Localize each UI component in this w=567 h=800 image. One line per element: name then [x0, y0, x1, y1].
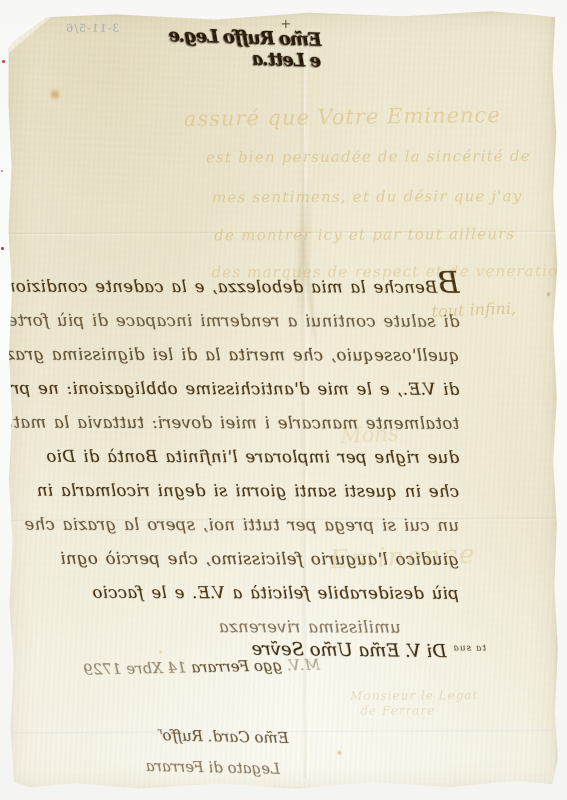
letter-line: giudico l'augurio felicissimo, che perci…	[33, 542, 459, 577]
background-red-speck	[1, 247, 4, 250]
dateline-place: ggo Ferrara	[191, 656, 282, 676]
bleedthrough-faint-line: Monsieur le Legat	[350, 688, 478, 703]
closing-line: umilissima riverenza	[33, 610, 401, 645]
letter-line: BBenche la mia debolezza, e la cadente c…	[34, 270, 460, 305]
bleedthrough-faint-line: de Ferrare	[360, 703, 435, 717]
flourished-initial: B	[437, 266, 459, 301]
letter-line: totalmente mancarle i miei doveri: tutta…	[33, 406, 459, 441]
addressee-line: Legato di Ferrara	[62, 749, 281, 785]
archival-pencil-mark: 3-11-5/6	[45, 22, 119, 35]
letter-body-mirrored: BBenche la mia debolezza, e la cadente c…	[33, 270, 460, 645]
bleedthrough-large-script: Eminence	[329, 540, 477, 576]
letter-line: di V.E., e le mie d'antichissime obbliga…	[33, 372, 459, 407]
ink-stain	[50, 87, 61, 102]
addressee-text: Em̃o Card. Ruffo	[162, 726, 289, 747]
ink-stain	[509, 6, 515, 12]
bleedthrough-flourish: Mons	[340, 421, 400, 448]
dateline-date: 14 Xbre 1729	[83, 658, 186, 678]
horizontal-fold-crease	[6, 230, 558, 236]
paper-sheet: assuré que Votre Eminence est bien persu…	[5, 8, 560, 792]
signature-text: Di V. Em̃a Um̃o Seṽre	[252, 639, 447, 663]
bleedthrough-line: est bien persuadée de la sincérité de	[206, 147, 531, 166]
letter-line: due righe per implorare l'infinita Bontà…	[33, 440, 459, 475]
top-left-corner-fold	[6, 11, 58, 55]
dateline: M.V. ggo Ferrara 14 Xbre 1729	[52, 656, 320, 680]
signature-superscript: ta sua	[452, 643, 486, 653]
bleedthrough-line: mes sentimens, et du désir que j'ay	[212, 187, 522, 206]
bleedthrough-line: des marques de respect et de veneration	[211, 262, 567, 282]
signature: ta sua Di V. Em̃a Um̃o Seṽre	[306, 639, 486, 662]
horizontal-fold-crease	[8, 517, 560, 523]
bleedthrough-heading: assuré que Votre Eminence	[184, 102, 556, 131]
letter-line: più desiderabile felicità a V.E. e le fa…	[33, 576, 459, 611]
ink-stain	[547, 291, 551, 298]
ink-stain	[337, 750, 343, 756]
cross-mark: +	[280, 17, 291, 32]
scan-artifact-line	[8, 730, 560, 734]
letter-line: quell'ossequio, che merita la di lei dig…	[33, 338, 459, 373]
letter-line-text: Benche la mia debolezza, e la cadente co…	[0, 277, 437, 297]
addressee-block: Em̃o Card. Ruffor Legato di Ferrara	[62, 715, 289, 785]
docket-annotation: Em̃o Ruffo Leg.e e Lett.a	[157, 25, 322, 72]
background-red-speck	[2, 60, 5, 63]
letter-line: un cui si prega per tutti noi, spero la …	[33, 508, 459, 543]
ink-stain	[158, 650, 163, 655]
bleedthrough-phrase: tout infini,	[431, 299, 516, 321]
letter-line: di salute continui a rendermi incapace d…	[34, 304, 460, 339]
letter-line: che in questi santi giorni si degni rico…	[33, 474, 459, 509]
background-red-speck	[1, 170, 3, 172]
addressee-line: Em̃o Card. Ruffor	[63, 715, 290, 754]
scanned-letter-page: assuré que Votre Eminence est bien persu…	[0, 0, 567, 800]
vertical-fold-crease	[298, 49, 311, 779]
